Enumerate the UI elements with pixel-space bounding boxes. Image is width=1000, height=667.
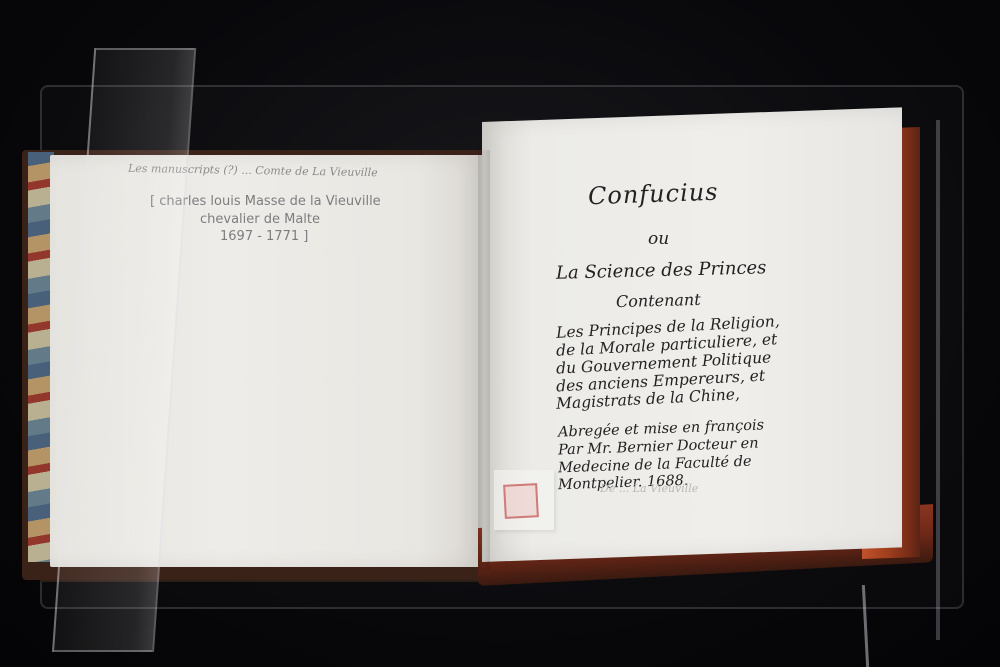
pencil-note-line-3: 1697 - 1771 ] (220, 229, 308, 244)
acrylic-stand-right-edge (936, 120, 940, 640)
book-gutter (478, 150, 490, 570)
faint-signature: De ... La Vieuville (600, 482, 698, 495)
red-seal-stamp (503, 483, 539, 519)
line-ou: ou (648, 230, 669, 248)
title-confucius: Confucius (588, 178, 719, 211)
line-contenant: Contenant (616, 291, 701, 311)
pencil-note-line-2: chevalier de Malte (200, 212, 320, 227)
